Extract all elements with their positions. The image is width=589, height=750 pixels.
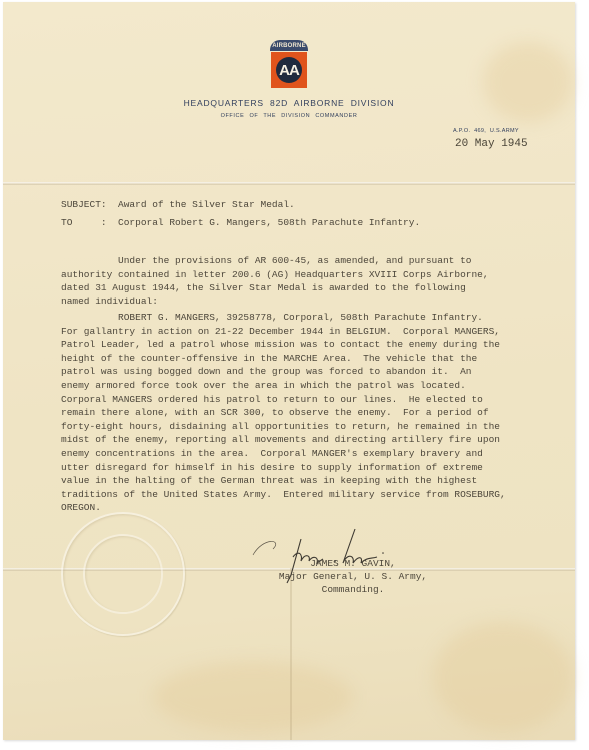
signer-name: JAMES M. GAVIN, (310, 558, 396, 569)
airborne-tab: AIRBORNE (270, 40, 308, 51)
to-line: TO : Corporal Robert G. Mangers, 508th P… (61, 216, 420, 230)
embossed-seal-icon (61, 512, 185, 636)
paper-stain (483, 42, 573, 122)
letter-page: AIRBORNE AA HEADQUARTERS 82D AIRBORNE DI… (3, 2, 575, 740)
subject-line: SUBJECT: Award of the Silver Star Medal. (61, 198, 295, 212)
office-name: OFFICE OF THE DIVISION COMMANDER (3, 113, 575, 119)
citation-paragraph: ROBERT G. MANGERS, 39258778, Corporal, 5… (61, 311, 506, 515)
apo-address: A.P.O. 469, U.S.ARMY (453, 128, 519, 134)
letter-date: 20 May 1945 (455, 138, 528, 150)
authority-paragraph: Under the provisions of AR 600-45, as am… (61, 254, 489, 308)
signer-rank: Major General, U. S. Army, (279, 571, 427, 582)
insignia-shield: AA (271, 52, 307, 88)
paper-stain (153, 662, 353, 732)
org-name: HEADQUARTERS 82D AIRBORNE DIVISION (3, 98, 575, 108)
paper-fold (3, 182, 575, 185)
insignia-monogram: AA (276, 57, 302, 83)
signature-block: JAMES M. GAVIN, Major General, U. S. Arm… (263, 557, 443, 596)
signer-title: Commanding. (322, 584, 385, 595)
82nd-airborne-insignia-icon: AIRBORNE AA (270, 40, 308, 88)
paper-stain (433, 622, 573, 732)
seal-inner-ring (83, 534, 163, 614)
